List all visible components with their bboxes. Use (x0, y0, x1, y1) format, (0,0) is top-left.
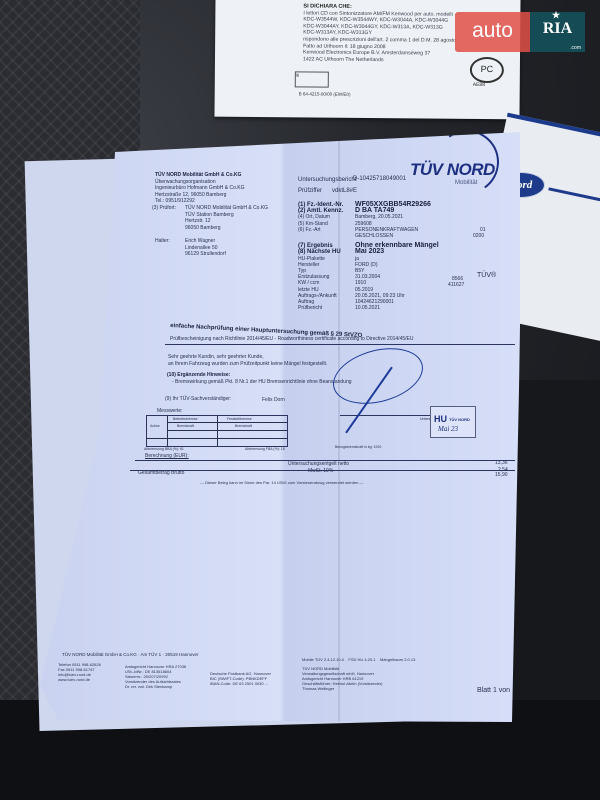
inspector-label: (9) Ihr TÜV-Sachverständiger: (165, 396, 231, 402)
footer-company: TÜV NORD Mobilität GmbH & Co.KG · Am TÜV… (62, 652, 198, 657)
issuer-name: TÜV NORD Mobilität GmbH & Co.KG (155, 172, 241, 178)
field-label: HU-Plakette (298, 256, 325, 262)
tuv-logo-subtitle: Mobilität (455, 180, 477, 186)
certification-mark-icon: PC (470, 57, 504, 83)
note-line: - Bremswirkung gemäß Pkt. 8 Nr.1 der HU … (172, 379, 352, 385)
table-header: Achse (150, 424, 160, 428)
version-text: Mängelbaum 2.0.13 (380, 657, 415, 662)
table-header: Bremskraft (235, 424, 252, 428)
divider (165, 344, 515, 345)
field-label: (6) Fz.-Art (298, 227, 321, 233)
field-label: Typ (298, 268, 306, 274)
field-label: (5) Km-Stand (298, 221, 328, 227)
field-label: (7) Ergebnis (298, 243, 333, 249)
footer-partner: TÜV NORD Mobilität Verwaltungsgesellscha… (302, 666, 382, 691)
calc-label: Berechnung (EUR): (145, 453, 189, 459)
stamp-hu: HU (434, 414, 447, 424)
calc-row-label: Untersuchungsentgelt netto (288, 461, 349, 467)
booklet-doc-code: B 64-4215-00/00 (EW/E0) (299, 91, 351, 96)
field-value: Bamberg, 20.05.2021 (355, 214, 403, 220)
field-value: 20.05.2021, 09:23 Uhr (355, 293, 405, 299)
windows-logo-icon: ⊞ (295, 71, 329, 87)
field-value: GESCHLOSSEN (355, 233, 393, 239)
field-label: Prüfbericht (298, 305, 322, 311)
tuv-mark: TÜV® (477, 272, 496, 279)
pruefort-address: TÜV NORD Mobilität GmbH & Co.KG TÜV Stat… (185, 205, 268, 231)
side-code: 411627 (448, 282, 464, 288)
watermark-domain: .com (570, 45, 581, 51)
field-label: Hersteller (298, 262, 319, 268)
side-code: 0200 (473, 233, 484, 239)
field-value: FORD (D) (355, 262, 378, 268)
field-value: 259608 (355, 221, 372, 227)
version-text: FSD HU 4.20.1 (348, 657, 375, 662)
fold-crease (338, 130, 340, 722)
address-line: TÜV NORD Mobilität GmbH & Co.KG (185, 205, 268, 211)
footer-line: Dr. rer. nat. Dirk Stenkamp (125, 684, 172, 689)
field-value: Mai 2023 (355, 248, 384, 255)
calc-footer: --- Dieser Beleg kann im Sinne des Par. … (200, 480, 363, 485)
pruefziffer-label: Prüfziffer (298, 188, 322, 194)
halter-address: Erich Wagner Lindenallee 50 96129 Strull… (185, 238, 226, 258)
cert-code: AE88 (473, 82, 485, 88)
field-value: 1910 (355, 280, 366, 286)
field-label: Auftrags-/Ankunft (298, 293, 337, 299)
calc-total-label: Gesamtbetrag Brutto (138, 470, 184, 476)
field-label: (4) Ort, Datum (298, 214, 330, 220)
stamp-brand: TÜV NORD (449, 417, 470, 422)
address-line: Hertzstr. 12 (185, 218, 211, 224)
field-value: 05.2019 (355, 287, 373, 293)
field-value: ja (355, 256, 359, 262)
pruefziffer-value: vdktL8#E (332, 188, 357, 194)
watermark-ria-text: RIA (543, 20, 572, 37)
greeting: Sehr geehrte Kundin, sehr geehrter Kunde… (168, 354, 264, 360)
address-line: Lindenallee 50 (185, 245, 218, 251)
tuv-inspection-document: TÜV NORD Mobilität GmbH & Co.KG Überwach… (40, 130, 520, 722)
field-value: PERSONENKRAFTWAGEN (355, 227, 418, 233)
booklet-line: KDC-W313AY, KDC-W313GY (303, 30, 372, 37)
field-value: 10.05.2021 (355, 305, 380, 311)
field-label: Auftrag (298, 299, 314, 305)
footer-line: Thomas Wellinger (302, 686, 334, 691)
stamp-handwriting: Mai 23 (438, 425, 458, 433)
footer-line: IBAN-Code: DE 63 2501 0030 ... (210, 681, 268, 686)
field-label: KW / ccm (298, 280, 319, 286)
field-value: B5Y (355, 268, 364, 274)
issuer-line: Hertzstraße 12, 96050 Bamberg (155, 192, 226, 198)
field-label: Erstzulassung (298, 274, 329, 280)
issuer-line: Ingenieurbüro Hofmann GmbH & Co.KG (155, 185, 245, 191)
footer-registry: Amtsgericht Hannover HRA 27036 USt.-IdNr… (125, 664, 186, 689)
version-text: Mobile TÜV 2.4.12.10.0 (302, 657, 344, 662)
address-line: Erich Wagner (185, 238, 215, 244)
table-header: Bremskraft (177, 424, 194, 428)
star-icon: ★ (552, 10, 560, 20)
booklet-heading: SI DICHIARA CHE: (303, 3, 351, 9)
greeting-line2: an Ihrem Fahrzeug wurden zum Prüfzeitpun… (168, 361, 327, 367)
hu-stamp: HU TÜV NORD Mai 23 (430, 406, 476, 438)
issuer-block: TÜV NORD Mobilität GmbH & Co.KG Überwach… (155, 172, 245, 205)
document-subtitle: Prüfbescheinigung nach Richtlinie 2014/4… (170, 336, 413, 342)
issuer-line: Tel.: 0951/912292 (155, 198, 195, 204)
footer-line: www.tuev-nord.de (58, 677, 90, 682)
divider (130, 470, 515, 471)
watermark-auto: auto (455, 12, 530, 52)
watermark-ria: ★ RIA .com (530, 12, 585, 52)
address-line: 96050 Bamberg (185, 225, 221, 231)
table-note: Abbremsung FBA (%): 18 (245, 447, 285, 451)
footer-contact: Telefon 0511 998-62626 Fax 0511 998-6174… (58, 662, 101, 682)
halter-label: Halter: (155, 238, 170, 244)
field-label: (1) Fz.-Ident.-Nr. (298, 202, 343, 208)
address-line: 96129 Strullendorf (185, 251, 226, 257)
table-note: Abbremsung BBA (%): 61 (144, 447, 184, 451)
calc-total-value: 15,90 (495, 472, 508, 478)
calc-row-value: 13,36 (495, 460, 508, 466)
footer-versions: Mobile TÜV 2.4.12.10.0 FSD HU 4.20.1 Män… (302, 657, 415, 662)
field-label: (2) Amtl. Kennz. (298, 208, 343, 214)
field-value: 31.03.2004 (355, 274, 380, 280)
tuv-nord-logo: TÜV NORD (410, 160, 495, 180)
field-value: D BA TA749 (355, 207, 394, 214)
booklet-line: 1422 AC Uithoorn The Netherlands (303, 56, 384, 63)
table-header: Betriebsbremse (173, 417, 198, 421)
report-number: D-10425718049001 (353, 176, 406, 182)
page-indicator: Blatt 1 von 1 (477, 687, 516, 694)
notes-heading: (10) Ergänzende Hinweise: (167, 372, 230, 378)
measurement-table: Achse Betriebsbremse Feststellbremse Bre… (146, 415, 288, 447)
issuer-line: Überwachungsorganisation (155, 179, 216, 185)
field-label: letzte HU (298, 287, 319, 293)
table-header: Feststellbremse (227, 417, 252, 421)
report-label: Untersuchungsbericht (298, 177, 356, 183)
measurements-label: Messwerte: (157, 408, 183, 414)
calc-row-label: MwSt. 19% (308, 468, 333, 474)
autoria-watermark: auto ★ RIA .com (455, 12, 600, 52)
pruefort-label: (3) Prüfort: (152, 205, 176, 211)
field-label: (8) Nächste HU (298, 249, 341, 255)
footer-bank: Deutsche Postbank AG, Hannover BIC (SWIF… (210, 671, 271, 686)
field-value: 10424621290001 (355, 299, 394, 305)
inspector-name: Felix Dorn (262, 397, 285, 403)
table-note: Bezugsbremskraft in kg: 1910 (335, 445, 381, 449)
address-line: TÜV Station Bamberg (185, 212, 234, 218)
signature-scribble (327, 339, 429, 413)
